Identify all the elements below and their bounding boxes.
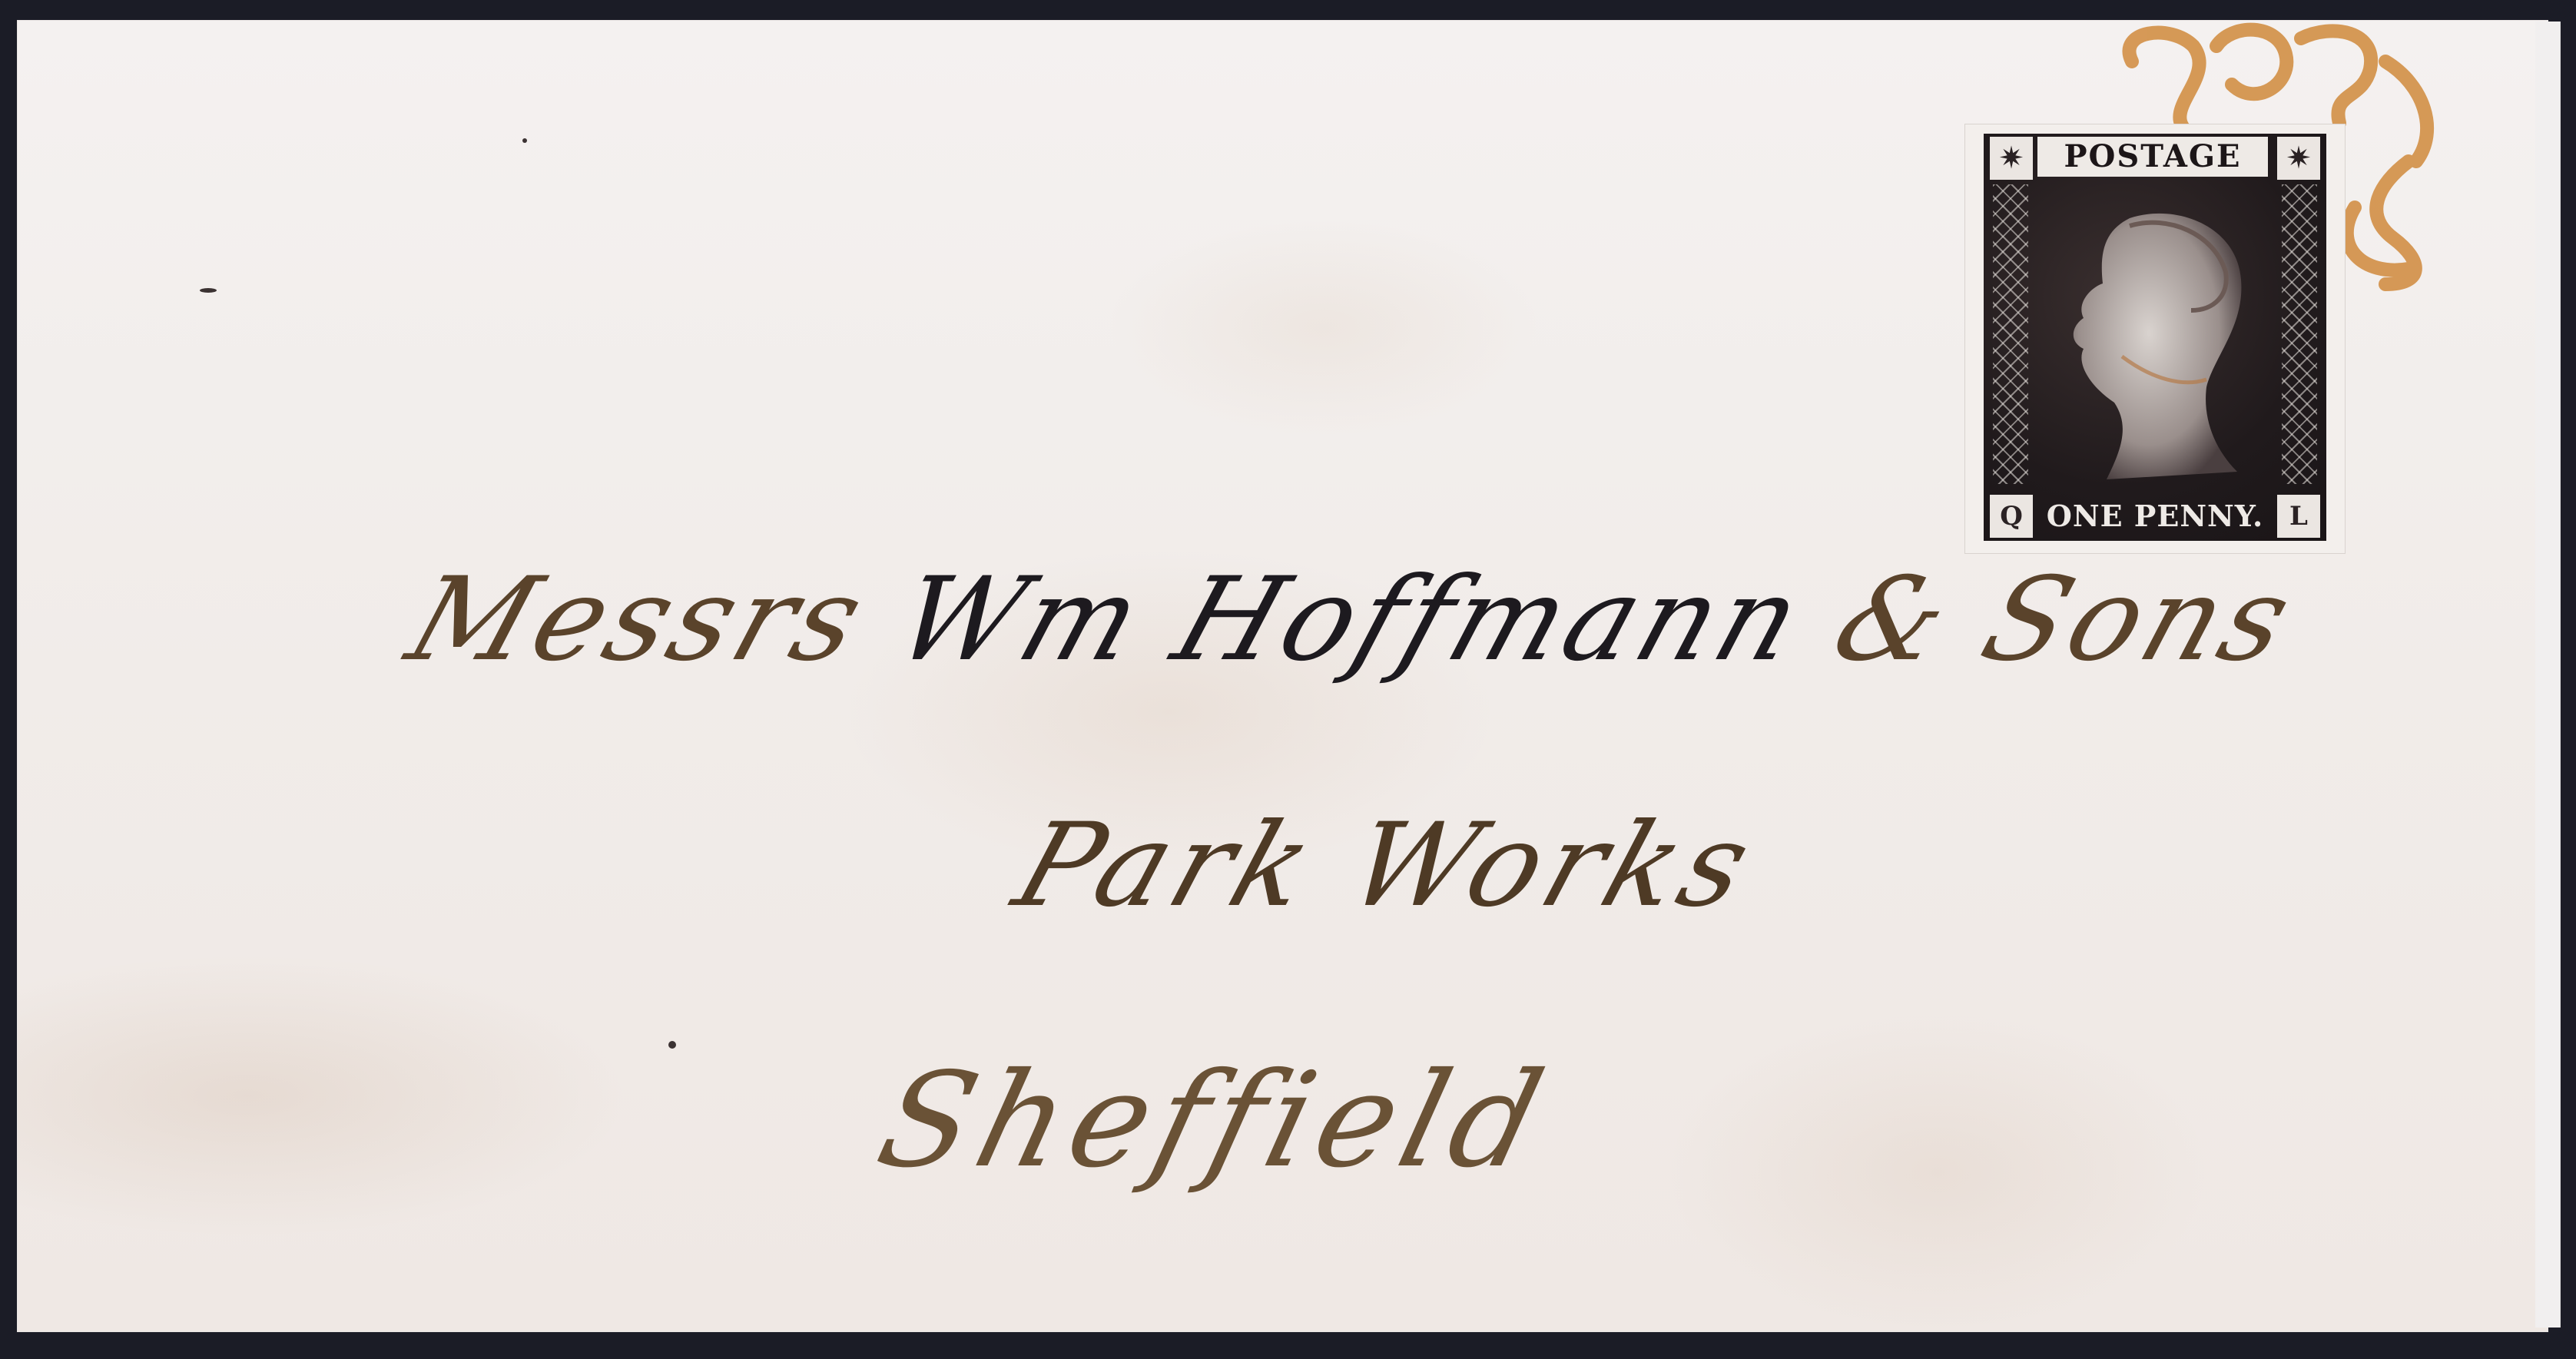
penny-black-stamp: POSTAGE ✷ ✷ Q ONE PENNY. L <box>1965 124 2345 553</box>
ink-speck <box>522 138 527 143</box>
queen-victoria-portrait-icon <box>2060 203 2260 487</box>
address-prefix: Messrs <box>393 553 884 687</box>
envelope-flap-edge <box>2535 22 2561 1328</box>
address-line-1: Messrs Wm Hoffmann & Sons <box>393 553 2311 687</box>
ink-speck <box>668 1041 676 1049</box>
star-icon: ✷ <box>1990 137 2033 180</box>
stamp-value-label: ONE PENNY. <box>2037 495 2273 538</box>
star-icon: ✷ <box>2277 137 2320 180</box>
address-name: Wm Hoffmann <box>880 553 1821 687</box>
stamp-corner-letter-right: L <box>2277 495 2320 538</box>
ink-speck <box>200 288 217 293</box>
address-line-3: Sheffield <box>864 1045 1563 1197</box>
stamp-side-ornament <box>1993 184 2028 484</box>
stamp-corner-letter-left: Q <box>1990 495 2033 538</box>
address-suffix: & Sons <box>1818 553 2310 687</box>
address-line-2: Park Works <box>1000 799 1772 933</box>
stamp-postage-label: POSTAGE <box>2037 137 2268 177</box>
stamp-design: POSTAGE ✷ ✷ Q ONE PENNY. L <box>1984 134 2326 541</box>
stamp-side-ornament <box>2282 184 2317 484</box>
